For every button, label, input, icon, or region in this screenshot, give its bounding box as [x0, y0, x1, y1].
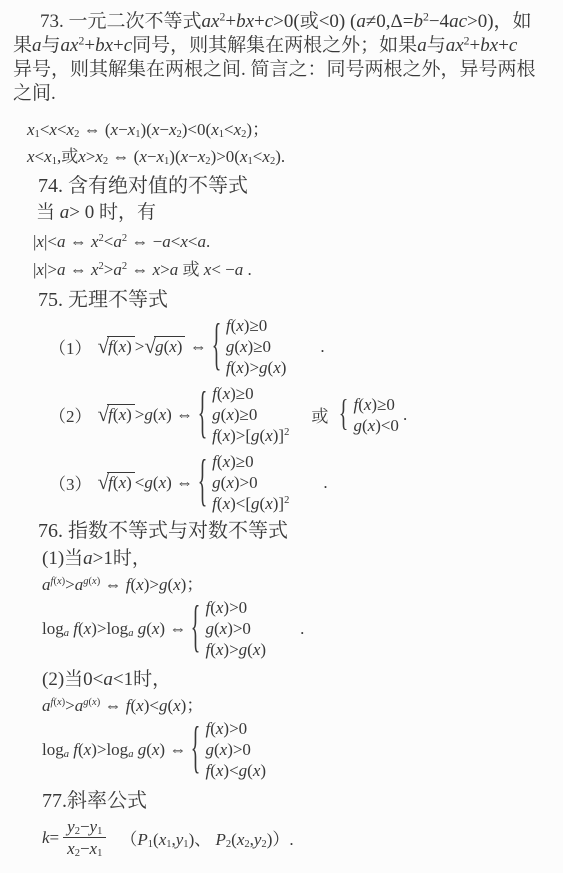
or-connector: 或 — [311, 402, 328, 427]
exp-inequality-2: af(x)>ag(x) ⇔ f(x)<g(x)； — [42, 695, 553, 716]
case-line: f(x)≥0 — [226, 315, 287, 336]
formula-abs-greater: |x|>a ⇔ x2>a2 ⇔ x>a 或 x< −a . — [33, 259, 553, 280]
section-heading-75: 75. 无理不等式 — [38, 288, 553, 312]
case-line: f(x)<[g(x)]2 — [212, 493, 289, 514]
formula-period: . — [300, 619, 304, 639]
cases-column: f(x)≥0 g(x)>0 f(x)<[g(x)]2 — [212, 451, 289, 514]
slope-formula: k= y2−y1 x2−x1 （P1(x1,y1)、 P2(x2,y2)）. — [42, 816, 553, 859]
section-74-intro: 当 a> 0 时，有 — [36, 202, 553, 224]
cases-group-alt: { f(x)≥0 g(x)<0 — [339, 394, 399, 436]
formula-lhs: √f(x)>g(x) ⇔ — [98, 404, 194, 425]
formula-period: . — [320, 337, 324, 357]
case-line: g(x)≥0 — [212, 404, 289, 425]
section-heading-77: 77.斜率公式 — [42, 789, 553, 813]
formula-roots-outside: x<x1,或x>x2 ⇔ (x−x1)(x−x2)>0(x1<x2). — [27, 146, 553, 167]
cases-group: { f(x)>0 g(x)>0 f(x)<g(x) — [191, 718, 266, 781]
formula-period: . — [323, 473, 327, 493]
case-line: f(x)<g(x) — [205, 760, 266, 781]
cases-column: f(x)>0 g(x)>0 f(x)>g(x) — [205, 597, 266, 660]
left-brace: { — [191, 600, 201, 657]
item-label-1: （1） — [49, 334, 92, 359]
formula-lhs: loga f(x)>loga g(x) ⇔ — [42, 619, 186, 639]
section-73-paragraph: 73. 一元二次不等式ax2+bx+c>0(或<0) (a≠0,Δ=b2−4ac… — [13, 10, 553, 106]
log-inequality-2: loga f(x)>loga g(x) ⇔ { f(x)>0 g(x)>0 f(… — [42, 718, 553, 781]
k-equals: k= — [42, 828, 59, 848]
formula-period: . — [403, 405, 407, 425]
cases-column: f(x)>0 g(x)>0 f(x)<g(x) — [205, 718, 266, 781]
section-heading-76: 76. 指数不等式与对数不等式 — [38, 519, 553, 543]
points-annotation: （P1(x1,y1)、 P2(x2,y2)）. — [120, 825, 293, 850]
case-a-greater-1-intro: (1)当a>1时， — [42, 548, 553, 570]
case-line: f(x)>g(x) — [205, 639, 266, 660]
cases-group: { f(x)≥0 g(x)≥0 f(x)>g(x) — [212, 315, 287, 378]
formula-lhs: loga f(x)>loga g(x) ⇔ — [42, 740, 186, 760]
section-heading-74: 74. 含有绝对值的不等式 — [38, 174, 553, 198]
case-line: f(x)>0 — [205, 597, 266, 618]
irrational-formula-2: （2） √f(x)>g(x) ⇔ { f(x)≥0 g(x)≥0 f(x)>[g… — [49, 383, 553, 446]
case-line: f(x)>0 — [205, 718, 266, 739]
fraction-denominator: x2−x1 — [63, 837, 106, 859]
paragraph-line-4: 之间. — [13, 82, 553, 106]
log-inequality-1: loga f(x)>loga g(x) ⇔ { f(x)>0 g(x)>0 f(… — [42, 597, 553, 660]
left-brace: { — [339, 396, 349, 433]
left-brace: { — [211, 318, 221, 375]
case-line: f(x)≥0 — [212, 451, 289, 472]
formula-lhs: √f(x)>√g(x) ⇔ — [98, 336, 207, 357]
irrational-formula-1: （1） √f(x)>√g(x) ⇔ { f(x)≥0 g(x)≥0 f(x)>g… — [49, 315, 553, 378]
case-a-less-1-intro: (2)当0<a<1时， — [42, 669, 553, 691]
paragraph-line-1: 73. 一元二次不等式ax2+bx+c>0(或<0) (a≠0,Δ=b2−4ac… — [13, 10, 553, 34]
case-line: f(x)≥0 — [353, 394, 398, 415]
case-line: f(x)>g(x) — [226, 357, 287, 378]
case-line: g(x)>0 — [205, 618, 266, 639]
fraction-numerator: y2−y1 — [63, 816, 106, 837]
case-line: f(x)≥0 — [212, 383, 289, 404]
case-line: g(x)<0 — [353, 415, 398, 436]
left-brace: { — [191, 721, 201, 778]
case-line: f(x)>[g(x)]2 — [212, 425, 289, 446]
case-line: g(x)≥0 — [226, 336, 287, 357]
cases-column: f(x)≥0 g(x)<0 — [353, 394, 398, 436]
fraction: y2−y1 x2−x1 — [63, 816, 106, 859]
left-brace: { — [198, 386, 208, 443]
paragraph-line-2: 果a与ax2+bx+c同号，则其解集在两根之外；如果a与ax2+bx+c — [13, 34, 553, 58]
paragraph-line-3: 异号，则其解集在两根之间. 简言之：同号两根之外，异号两根 — [13, 58, 553, 82]
cases-group: { f(x)>0 g(x)>0 f(x)>g(x) — [191, 597, 266, 660]
item-label-2: （2） — [49, 402, 92, 427]
cases-column: f(x)≥0 g(x)≥0 f(x)>[g(x)]2 — [212, 383, 289, 446]
item-label-3: （3） — [49, 470, 92, 495]
document-page: 73. 一元二次不等式ax2+bx+c>0(或<0) (a≠0,Δ=b2−4ac… — [0, 0, 563, 873]
cases-column: f(x)≥0 g(x)≥0 f(x)>g(x) — [226, 315, 287, 378]
formula-lhs: √f(x)<g(x) ⇔ — [98, 472, 194, 493]
cases-group: { f(x)≥0 g(x)≥0 f(x)>[g(x)]2 — [198, 383, 289, 446]
formula-abs-less: |x|<a ⇔ x2<a2 ⇔ −a<x<a. — [33, 231, 553, 252]
left-brace: { — [198, 454, 208, 511]
irrational-formula-3: （3） √f(x)<g(x) ⇔ { f(x)≥0 g(x)>0 f(x)<[g… — [49, 451, 553, 514]
cases-group: { f(x)≥0 g(x)>0 f(x)<[g(x)]2 — [198, 451, 289, 514]
exp-inequality-1: af(x)>ag(x) ⇔ f(x)>g(x)； — [42, 574, 553, 595]
case-line: g(x)>0 — [212, 472, 289, 493]
formula-roots-between: x1<x<x2 ⇔ (x−x1)(x−x2)<0(x1<x2)； — [27, 119, 553, 140]
case-line: g(x)>0 — [205, 739, 266, 760]
